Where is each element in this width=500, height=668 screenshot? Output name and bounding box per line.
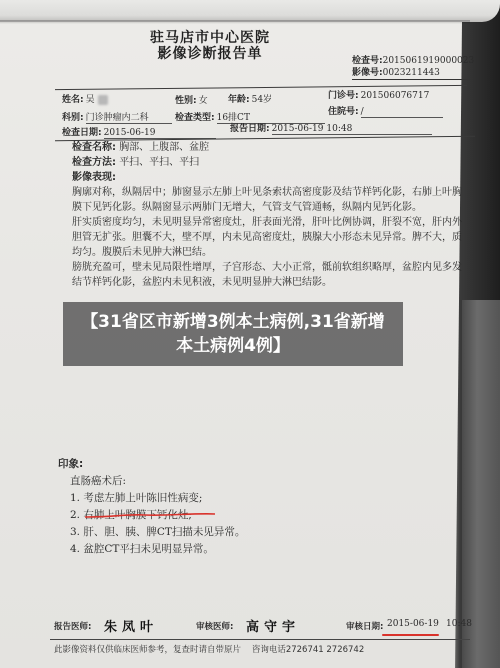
headline-overlay: 【31省区市新增3例本土病例,31省新增本土病例4例】 [63, 302, 403, 366]
patient-name-field: 姓名:吴 [62, 92, 108, 105]
exam-method-row: 检查方法: 平扫、平扫、平扫 [72, 155, 462, 170]
findings-pelvis: 膀胱充盈可，壁未见局限性增厚，子宫形态、大小正常，骶前软组织略厚，盆腔内见多发结… [72, 260, 462, 290]
department-value: 门诊肿瘤内二科 [86, 110, 172, 124]
reviewing-doctor-label: 审核医师: [196, 620, 233, 632]
impression-item-1: 1. 考虑左肺上叶陈旧性病变; [58, 490, 245, 507]
findings-chest: 胸廓对称，纵隔居中；肺窗显示左肺上叶见条索状高密度影及结节样钙化影，右肺上叶胸膜… [72, 185, 462, 215]
review-date-value: 2015-06-19 [387, 619, 439, 629]
exam-date-label: 检查日期: [62, 128, 102, 138]
department-field: 科别:门诊肿瘤内二科 [62, 110, 172, 124]
impression-item-3: 3. 肝、胆、胰、脾CT扫描未见异常。 [58, 524, 245, 541]
findings-abdomen: 肝实质密度均匀，未见明显异常密度灶，肝表面光滑，肝叶比例协调，肝裂不宽，肝内外胆… [72, 215, 462, 260]
red-date-underline [382, 634, 439, 636]
exam-number-value: 2015061919000023 [383, 56, 475, 66]
redacted-name [98, 95, 108, 105]
reporting-doctor-signature: 朱凤叶 [104, 616, 158, 635]
fold-shadow [0, 20, 470, 24]
exam-date-value: 2015-06-19 [104, 128, 216, 139]
impression-section: 印象: 直肠癌术后: 1. 考虑左肺上叶陈旧性病变; 2. 右肺上叶胸膜下钙化灶… [58, 456, 245, 558]
review-date-label: 审核日期: [346, 620, 383, 632]
gender-value: 女 [199, 96, 208, 106]
review-time-value: 10:48 [446, 619, 472, 629]
exam-method-label: 检查方法: [72, 157, 116, 168]
exam-number: 检查号:2015061919000023 [352, 55, 474, 67]
footer-rule [50, 639, 470, 640]
exam-name-label: 检查名称: [72, 142, 116, 153]
consult-phone: 咨询电话2726741 2726742 [252, 645, 364, 655]
exam-name-value: 胸部、上腹部、盆腔 [119, 142, 209, 153]
gender-field: 性别:女 [175, 93, 208, 106]
patient-name-label: 姓名: [62, 95, 84, 105]
gender-label: 性别: [175, 96, 197, 106]
footer-note: 此影像资料仅供临床医师参考，复查时请自带原片 咨询电话2726741 27267… [54, 643, 364, 655]
age-value: 54岁 [252, 95, 272, 105]
findings-section: 检查名称: 胸部、上腹部、盆腔 检查方法: 平扫、平扫、平扫 影像表现: 胸廓对… [72, 140, 462, 290]
report-title: 影像诊断报告单 [40, 43, 380, 63]
exam-method-value: 平扫、平扫、平扫 [119, 157, 199, 168]
report-date-label: 报告日期: [230, 124, 270, 134]
age-field: 年龄:54岁 [228, 92, 272, 105]
department-label: 科别: [62, 113, 84, 123]
report-date-field: 报告日期:2015-06-19 10:48 [230, 121, 432, 135]
report-date-value: 2015-06-19 10:48 [272, 124, 432, 135]
image-number-value: 0023211443 [383, 68, 440, 78]
outpatient-number-field: 门诊号:201506076717 [328, 88, 429, 101]
impression-label: 印象: [58, 456, 245, 473]
exam-date-field: 检查日期:2015-06-19 [62, 125, 216, 139]
patient-name-value: 吴 [86, 95, 95, 105]
outpatient-number-label: 门诊号: [328, 91, 359, 101]
folded-page-edge [0, 0, 500, 22]
inpatient-number-value: / [361, 107, 443, 118]
inpatient-number-label: 住院号: [328, 107, 359, 117]
headline-text: 【31省区市新增3例本土病例,31省新增本土病例4例】 [78, 310, 388, 358]
reporting-doctor-label: 报告医师: [54, 620, 91, 632]
inpatient-number-field: 住院号:/ [328, 104, 443, 118]
exam-name-row: 检查名称: 胸部、上腹部、盆腔 [72, 140, 462, 155]
red-underline-mark [85, 512, 215, 518]
ids-underline [352, 79, 470, 80]
findings-label: 影像表现: [72, 170, 462, 185]
impression-intro: 直肠癌术后: [58, 473, 245, 490]
image-number-label: 影像号: [352, 68, 383, 78]
reviewing-doctor-signature: 高守宇 [246, 616, 300, 635]
image-number: 影像号:0023211443 [352, 67, 474, 79]
disclaimer-text: 此影像资料仅供临床医师参考，复查时请自带原片 [54, 645, 241, 655]
background-edge [462, 300, 500, 668]
impression-item-4: 4. 盆腔CT平扫未见明显异常。 [58, 541, 245, 558]
exam-number-label: 检查号: [352, 56, 383, 66]
age-label: 年龄: [228, 95, 250, 105]
outpatient-number-value: 201506076717 [361, 91, 430, 101]
exam-type-label: 检查类型: [175, 113, 215, 123]
report-ids: 检查号:2015061919000023 影像号:0023211443 [352, 55, 474, 79]
